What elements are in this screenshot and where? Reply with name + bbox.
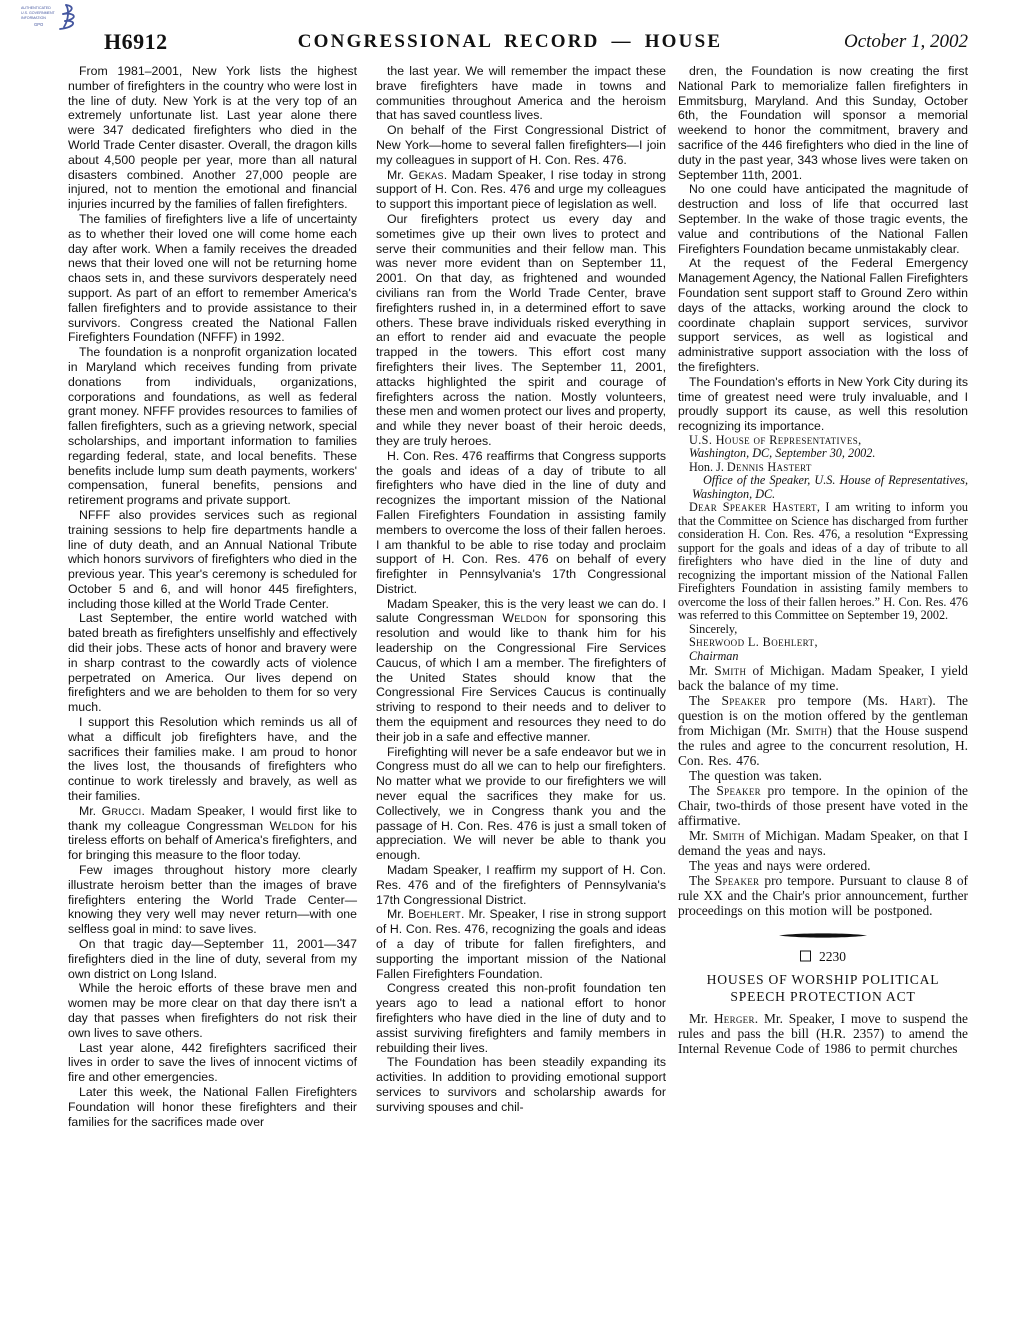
- member-name: Smith: [714, 663, 746, 678]
- paragraph: Congress created this non-profit foundat…: [376, 981, 666, 1055]
- paragraph: Mr. Herger. Mr. Speaker, I move to suspe…: [678, 1011, 968, 1056]
- text-run: Congress created this non-profit foundat…: [376, 981, 666, 1054]
- text-run: Chairman: [689, 649, 738, 663]
- paragraph: Sincerely,: [678, 623, 968, 637]
- text-run: Our firefighters protect us every day an…: [376, 212, 666, 448]
- text-run: I support this Resolution which reminds …: [68, 715, 357, 803]
- paragraph: The foundation is a nonprofit organizati…: [68, 345, 357, 508]
- paragraph: Hon. J. Dennis Hastert: [678, 461, 968, 475]
- column-3: dren, the Foundation is now creating the…: [678, 64, 968, 1056]
- paragraph: Dear Speaker Hastert, I am writing to in…: [678, 501, 968, 623]
- text-run: The: [689, 783, 716, 798]
- text-run: The Foundation has been steadily expandi…: [376, 1055, 666, 1113]
- paragraph: H. Con. Res. 476 reaffirms that Congress…: [376, 449, 666, 597]
- paragraph: No one could have anticipated the magnit…: [678, 182, 968, 256]
- paragraph: At the request of the Federal Emergency …: [678, 256, 968, 374]
- congressional-record-page: AUTHENTICATED U.S. GOVERNMENT INFORMATIO…: [0, 0, 1020, 1320]
- text-run: NFFF also provides services such as regi…: [68, 508, 357, 611]
- text-run: The: [689, 873, 715, 888]
- member-name: Gekas: [409, 168, 444, 182]
- text-run: Last September, the entire world watched…: [68, 611, 357, 714]
- paragraph: The Speaker pro tempore (Ms. Hart). The …: [678, 693, 968, 768]
- paragraph: Last September, the entire world watched…: [68, 611, 357, 715]
- member-name: Dennis Hastert: [727, 460, 812, 474]
- text-run: for sponsoring this resolution and would…: [376, 611, 666, 743]
- paragraph: From 1981–2001, New York lists the highe…: [68, 64, 357, 212]
- paragraph: While the heroic efforts of these brave …: [68, 981, 357, 1040]
- text-run: Mr.: [387, 907, 408, 921]
- time-value: 2230: [819, 949, 846, 964]
- member-name: Smith: [796, 723, 828, 738]
- text-run: The foundation is a nonprofit organizati…: [68, 345, 357, 507]
- column-1: From 1981–2001, New York lists the highe…: [68, 64, 357, 1129]
- paragraph: The families of firefighters live a life…: [68, 212, 357, 345]
- text-run: dren, the Foundation is now creating the…: [678, 64, 968, 182]
- text-run: Mr.: [387, 168, 409, 182]
- paragraph: On that tragic day—September 11, 2001—34…: [68, 937, 357, 981]
- text-run: U.S. House of Representatives,: [689, 433, 862, 447]
- section-heading: HOUSES OF WORSHIP POLITICALSPEECH PROTEC…: [678, 972, 968, 1005]
- text-run: From 1981–2001, New York lists the highe…: [68, 64, 357, 211]
- text-run: Office of the Speaker, U.S. House of Rep…: [692, 473, 968, 501]
- text-run: At the request of the Federal Emergency …: [678, 256, 968, 374]
- paragraph: Few images throughout history more clear…: [68, 863, 357, 937]
- member-name: Herger: [714, 1011, 755, 1026]
- paragraph: I support this Resolution which reminds …: [68, 715, 357, 804]
- text-run: Later this week, the National Fallen Fir…: [68, 1085, 357, 1129]
- text-run: Firefighting will never be a safe endeav…: [376, 745, 666, 863]
- seal-text-line1: AUTHENTICATED: [21, 6, 51, 10]
- member-name: Weldon: [270, 819, 314, 833]
- text-run: While the heroic efforts of these brave …: [68, 981, 357, 1039]
- issue-date: October 1, 2002: [844, 31, 968, 53]
- text-run: The: [689, 693, 722, 708]
- paragraph: the last year. We will remember the impa…: [376, 64, 666, 123]
- paragraph: Our firefighters protect us every day an…: [376, 212, 666, 449]
- paragraph: Sherwood L. Boehlert,: [678, 636, 968, 650]
- paragraph: Later this week, the National Fallen Fir…: [68, 1085, 357, 1129]
- text-run: Sherwood L. Boehlert,: [689, 635, 818, 649]
- time-box-icon: [800, 951, 811, 962]
- paragraph: Chairman: [678, 650, 968, 664]
- paragraph: Office of the Speaker, U.S. House of Rep…: [678, 474, 968, 501]
- paragraph: NFFF also provides services such as regi…: [68, 508, 357, 612]
- text-run: Mr.: [689, 1011, 714, 1026]
- paragraph: The Foundation has been steadily expandi…: [376, 1055, 666, 1114]
- paragraph: Mr. Smith of Michigan. Madam Speaker, I …: [678, 663, 968, 693]
- paragraph: The question was taken.: [678, 768, 968, 783]
- section-separator: [678, 926, 968, 944]
- seal-text-line2: U.S. GOVERNMENT: [21, 11, 56, 15]
- paragraph: Mr. Boehlert. Mr. Speaker, I rise in str…: [376, 907, 666, 981]
- paragraph: Mr. Grucci. Madam Speaker, I would first…: [68, 804, 357, 863]
- member-name: Boehlert: [408, 907, 461, 921]
- text-run: On behalf of the First Congressional Dis…: [376, 123, 666, 167]
- text-run: Madam Speaker, I reaffirm my support of …: [376, 863, 666, 907]
- paragraph: Firefighting will never be a safe endeav…: [376, 745, 666, 863]
- eagle-icon: [60, 5, 74, 29]
- paragraph: Mr. Smith of Michigan. Madam Speaker, on…: [678, 828, 968, 858]
- text-run: H. Con. Res. 476 reaffirms that Congress…: [376, 449, 666, 596]
- text-run: Mr.: [689, 663, 714, 678]
- member-name: Hart: [900, 693, 928, 708]
- section-heading-line: HOUSES OF WORSHIP POLITICAL: [678, 972, 968, 989]
- text-run: Sincerely,: [689, 622, 737, 636]
- paragraph: Mr. Gekas. Madam Speaker, I rise today i…: [376, 168, 666, 212]
- member-name: Speaker: [715, 873, 760, 888]
- text-run: The question was taken.: [689, 768, 822, 783]
- paragraph: Last year alone, 442 firefighters sacrif…: [68, 1041, 357, 1085]
- text-run: Mr.: [689, 828, 713, 843]
- text-run: , I am writing to inform you that the Co…: [678, 500, 968, 622]
- paragraph: Washington, DC, September 30, 2002.: [678, 447, 968, 461]
- text-run: The Foundation's efforts in New York Cit…: [678, 375, 968, 433]
- text-run: Mr.: [79, 804, 102, 818]
- text-run: No one could have anticipated the magnit…: [678, 182, 968, 255]
- text-run: The families of firefighters live a life…: [68, 212, 357, 344]
- text-run: Washington, DC, September 30, 2002.: [689, 446, 875, 460]
- member-name: Dear Speaker Hastert: [689, 500, 817, 514]
- section-heading-line: SPEECH PROTECTION ACT: [678, 989, 968, 1006]
- text-run: the last year. We will remember the impa…: [376, 64, 666, 122]
- time-marker: 2230: [678, 949, 968, 965]
- member-name: Speaker: [722, 693, 767, 708]
- paragraph: The yeas and nays were ordered.: [678, 858, 968, 873]
- paragraph: The Foundation's efforts in New York Cit…: [678, 375, 968, 434]
- paragraph: dren, the Foundation is now creating the…: [678, 64, 968, 182]
- member-name: Smith: [713, 828, 745, 843]
- paragraph: On behalf of the First Congressional Dis…: [376, 123, 666, 167]
- member-name: Grucci: [102, 804, 142, 818]
- text-run: Last year alone, 442 firefighters sacrif…: [68, 1041, 357, 1085]
- text-run: The yeas and nays were ordered.: [689, 858, 870, 873]
- paragraph: U.S. House of Representatives,: [678, 434, 968, 448]
- text-run: On that tragic day—September 11, 2001—34…: [68, 937, 357, 981]
- paragraph: Madam Speaker, this is the very least we…: [376, 597, 666, 745]
- text-run: pro tempore (Ms.: [766, 693, 899, 708]
- seal-text-gpo: GPO: [34, 22, 44, 27]
- text-run: Hon. J.: [689, 460, 727, 474]
- member-name: Weldon: [502, 611, 546, 625]
- paragraph: The Speaker pro tempore. In the opinion …: [678, 783, 968, 828]
- paragraph: Madam Speaker, I reaffirm my support of …: [376, 863, 666, 907]
- column-2: the last year. We will remember the impa…: [376, 64, 666, 1115]
- member-name: Speaker: [716, 783, 761, 798]
- seal-text-line3: INFORMATION: [21, 16, 46, 20]
- text-run: Few images throughout history more clear…: [68, 863, 357, 936]
- paragraph: The Speaker pro tempore. Pursuant to cla…: [678, 873, 968, 918]
